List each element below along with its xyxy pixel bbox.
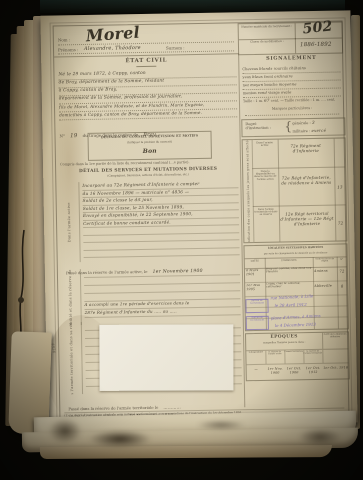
corps-row-active-value: 72e Régiment d'Infanterie	[279, 143, 333, 168]
etat-civil-line: domiciliés à Cappy, canton de Bray, dépa…	[59, 108, 237, 120]
stamp-text: Bureau de recrutement	[246, 300, 267, 305]
services-margin-label: Dans l'armée active	[66, 202, 71, 242]
services-margin-strip: Dans l'armée active	[58, 182, 80, 262]
corps-row-label-text: Dans l'armée territoriale et dans sa rés…	[254, 207, 278, 217]
stamp-line: recrutement	[247, 319, 268, 322]
taille-pre: Taille : 1 m.	[243, 99, 263, 103]
cheveux-label: Cheveux	[242, 67, 258, 71]
header-communes-text: COMMUNES	[265, 258, 313, 262]
matricule-label: Numéro matricule du recrutement :	[239, 23, 295, 28]
classe-value-cell: 1886-1892	[295, 37, 342, 53]
smudge	[196, 420, 246, 430]
localites-row-date: 1er Mai 1905	[246, 284, 265, 296]
bouche-label: bouche	[264, 83, 277, 87]
epoques-col-title: la réserve de l'armée active	[265, 351, 284, 355]
instruction-brace: {	[284, 119, 292, 133]
classe-label-cell: Classe de mobilisation :	[239, 38, 296, 54]
tirage-line: N° 19 du tirage dans le canton de Bray	[59, 119, 237, 131]
classe-value: 1886-1892	[300, 42, 332, 49]
smudge	[298, 428, 342, 446]
epoques-value: 1er Nov. 1900	[266, 367, 285, 375]
corps-row-label-text: Dans l'armée active	[253, 140, 277, 148]
header-num: N°	[337, 257, 347, 266]
front-label: front	[264, 75, 273, 79]
etat-civil-title: ÉTAT CIVIL	[54, 56, 238, 65]
epoques-col: la réserve de l'armée territoriale	[303, 350, 323, 363]
militaire-value: exercé	[311, 128, 326, 133]
epoques-date-header-cell: DATE de la libération définitive	[322, 332, 348, 348]
epoques-header-cell: ÉPOQUES auxquelles l'homme passera dans …	[246, 333, 323, 350]
localites-row-date: 4 Mars 1901	[246, 269, 265, 281]
passe-reserve-active-line: Passé dans la réserve de l'armée active,…	[66, 256, 242, 267]
commune-text: Cappy, chez M. Delarue, cultivateur	[266, 282, 313, 288]
matricule-box: Numéro matricule du recrutement : 502 Cl…	[238, 21, 344, 55]
corps-table: Indication des corps auxquels les jeunes…	[242, 137, 348, 243]
front-value: ordinaire	[274, 74, 293, 78]
visage-label: visage	[268, 91, 280, 95]
decision-value: Bon	[89, 147, 211, 156]
header-dates-text: DATES	[245, 259, 265, 263]
bottom-page-edge	[40, 445, 332, 459]
epoques-col-title: la réserve de l'armée territoriale	[303, 350, 322, 354]
pasted-blank-slip	[99, 324, 233, 390]
epoques-title: ÉPOQUES	[246, 334, 322, 340]
menton-label: menton	[243, 91, 257, 95]
reserve-margin-strip: Dans la disponibilité et dans la réserve…	[60, 269, 82, 325]
visage-value: ovale	[281, 90, 292, 94]
periode-exercices-line: 287e Régiment d'Infanterie du ….. au …..	[85, 306, 241, 318]
corps-row-territoriale-value: 12e Régt territorial d'Infanterie — 12e …	[280, 211, 334, 240]
decision-subtitle: (Indiquer la position du conscrit)	[89, 140, 211, 145]
binding-thread	[10, 228, 44, 348]
instruction-militaire: militaire : exercé	[292, 128, 326, 134]
militaire-label: militaire :	[292, 129, 310, 133]
stamp-line: recrutement	[246, 302, 267, 305]
localites-title: LOCALITÉS SUCCESSIVES HABITÉES	[244, 245, 346, 250]
register-page: 4836 Nom : Morel Prénoms : Alexandre, Th…	[40, 10, 357, 427]
instruction-label-line: d'instruction :	[245, 126, 285, 131]
margin-scribble: 4836	[50, 342, 57, 354]
classe-label: Classe de mobilisation :	[239, 38, 295, 43]
header-subdivision-text: SUBDIVISION de région	[313, 258, 337, 263]
tirage-pre: N°	[59, 133, 65, 138]
corps-row-reserve-num: 13	[335, 184, 344, 189]
epoques-value: 1er Oct. 1912	[304, 366, 323, 374]
scanned-military-register-photo: 4836 Nom : Morel Prénoms : Alexandre, Th…	[0, 0, 363, 480]
epoques-date-value: 1er Oct. 1918	[323, 365, 349, 369]
header-dates: DATES	[245, 259, 265, 268]
smudge	[88, 430, 152, 448]
territoriale-margin-strip: Dans l'armée territoriale et dans sa rés…	[61, 322, 83, 394]
matricule-form: Nom : Morel Prénoms : Alexandre, Théodor…	[53, 20, 350, 425]
localites-subtitle: par suite de changements de domicile ou …	[245, 251, 347, 255]
corps-row-territoriale-num: 72	[336, 220, 345, 225]
ruled-line	[58, 43, 234, 54]
corps-row-label-text: Dans la disponibilité ou dans la réserve…	[253, 169, 277, 181]
etat-civil-title-rule	[136, 66, 156, 67]
corps-side-label: Indication des corps auxquels les jeunes…	[245, 140, 250, 242]
epoques-col: la réserve de l'armée active	[265, 351, 285, 364]
instruction-label: Degré d'instruction :	[245, 121, 285, 131]
localites-row-subdivision: Amiens	[314, 269, 337, 281]
territoriale-margin-label: Dans l'armée territoriale et dans sa rés…	[68, 322, 74, 394]
taille-line: Taille : 1 m. 67 cent. — Taille rectifié…	[243, 97, 341, 106]
epoques-col: la disponibilité	[246, 351, 266, 364]
generale-label: générale :	[292, 121, 310, 125]
localites-row-num: 72	[337, 268, 347, 273]
name-row: Nom : Morel	[58, 25, 236, 44]
instruction-generale: générale : 3	[292, 121, 315, 126]
header-num-text: N°	[337, 257, 347, 261]
smudge	[48, 418, 82, 444]
epoques-table: ÉPOQUES auxquelles l'homme passera dans …	[245, 331, 350, 381]
tirage-num: 19	[70, 133, 78, 139]
decision-box: DÉCISION DU CONSEIL DE RÉVISION ET MOTIF…	[87, 131, 211, 161]
epoques-col: l'armée territoriale	[284, 350, 304, 363]
signalement-title: SIGNALEMENT	[240, 54, 342, 62]
nez-value: moyen	[250, 83, 263, 87]
corps-row-reserve-value: 72e Régt d'Infanterie, de résidence à Am…	[279, 175, 333, 204]
header-subdivision: SUBDIVISION de région	[313, 258, 337, 267]
stamp-text: Bureau de recrutement	[247, 317, 268, 322]
cheveux-value: blonds	[259, 67, 272, 71]
blank-dotted-line	[245, 110, 339, 117]
epoques-subtitle: auxquelles l'homme passera dans :	[246, 341, 322, 345]
matricule-number: 502	[302, 18, 333, 37]
localites-row-commune: Bray-sur-Somme, chez Mme Vve Flandrin	[266, 267, 313, 281]
ink-stamp-box: Bureau de recrutement	[246, 316, 269, 330]
menton-value: rond	[258, 91, 267, 95]
yeux-label: yeux	[242, 75, 251, 79]
corps-row-reserve-label: Dans la disponibilité ou dans la réserve…	[253, 169, 278, 205]
epoques-value: 1er Oct. 1906	[285, 366, 304, 374]
commune-text: Bray-sur-Somme, chez Mme Vve Flandrin	[266, 267, 313, 273]
sourcils-label: sourcils	[274, 66, 288, 70]
yeux-value: bleus	[252, 75, 263, 79]
corps-row-active-label: Dans l'armée active	[253, 140, 277, 168]
instruction-box: Degré d'instruction : { générale : 3 mil…	[241, 117, 345, 137]
taille-post: cent. — Taille rectifiée : 1 m. …. cent.	[271, 98, 336, 103]
ink-stamp-box: Bureau de recrutement	[245, 299, 268, 313]
taille-value: 67	[264, 98, 270, 103]
sourcils-value: châtains	[289, 66, 306, 70]
reserve-margin-label: Dans la disponibilité et dans la réserve…	[67, 269, 73, 325]
epoques-col-title: l'armée territoriale	[284, 350, 303, 352]
localites-row-num: 8	[337, 283, 347, 288]
epoques-date-header: DATE de la libération définitive	[322, 332, 348, 338]
decision-title: DÉCISION DU CONSEIL DE RÉVISION ET MOTIF…	[88, 132, 210, 140]
compris-text: Compris dans la 1re partie de la liste d…	[60, 159, 238, 166]
epoques-col-title: la disponibilité	[246, 351, 265, 353]
nez-label: nez	[243, 83, 249, 87]
generale-value: 3	[312, 121, 315, 126]
bouche-value: moyenne	[279, 82, 297, 86]
corps-row-territoriale-label: Dans l'armée territoriale et dans sa rés…	[254, 207, 279, 241]
epoques-value: —	[247, 367, 266, 371]
